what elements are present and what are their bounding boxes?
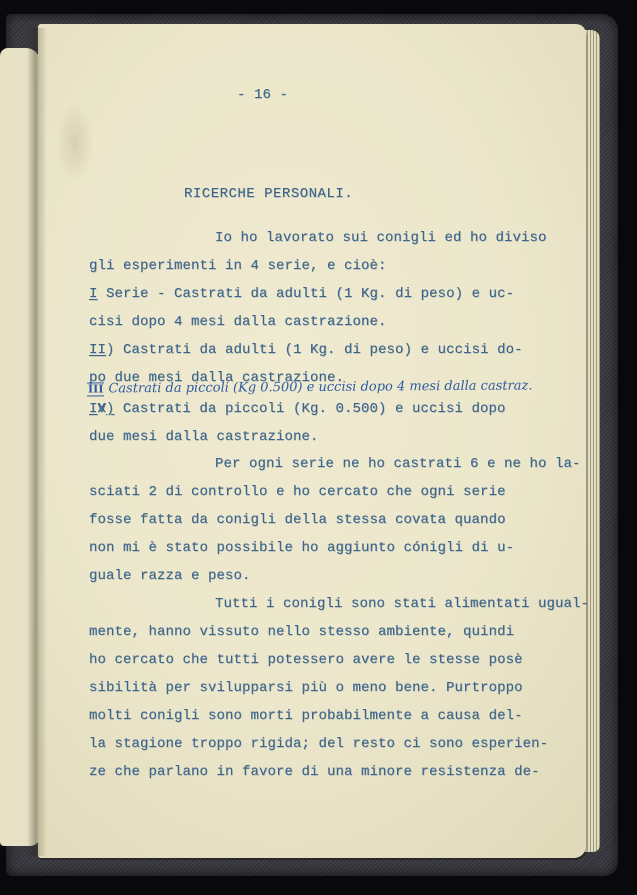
para3-line-6: la stagione troppo rigida; del resto ci … <box>89 737 548 752</box>
series1-text: Serie - Castrati da adulti (1 Kg. di pes… <box>98 286 515 302</box>
para2-line-2: sciati 2 di controllo e ho cercato che o… <box>89 485 506 500</box>
handwritten-text: Castrati da piccoli (Kg 0.500) e uccisi … <box>108 378 532 396</box>
handwritten-series-marker: III <box>87 382 105 396</box>
series4-marker: IXV) <box>89 401 114 417</box>
series4-line-1: IXV) Castrati da piccoli (Kg. 0.500) e u… <box>89 402 505 417</box>
para2-line-1: Per ogni serie ne ho castrati 6 e ne ho … <box>215 457 581 472</box>
para3-line-1: Tutti i conigli sono stati alimentati ug… <box>215 597 589 612</box>
series1-marker: I <box>89 286 98 302</box>
series1-line-2: cisi dopo 4 mesi dalla castrazione. <box>89 315 387 330</box>
overstrike-characters: XV <box>98 402 106 417</box>
para2-line-4: non mi è stato possibile ho aggiunto cón… <box>89 541 514 556</box>
para3-line-2: mente, hanno vissuto nello stesso ambien… <box>89 625 514 640</box>
series4-marker-prefix: I <box>89 401 98 417</box>
typed-text-layer: - 16 - RICERCHE PERSONALI. Io ho lavorat… <box>0 0 637 895</box>
para3-line-4: sibilità per svilupparsi più o meno bene… <box>89 681 523 696</box>
overstrike-over: V <box>98 402 107 417</box>
para3-line-3: ho cercato che tutti potessero avere le … <box>89 653 523 668</box>
para2-line-3: fosse fatta da conigli della stessa cova… <box>89 513 506 528</box>
para3-line-5: molti conigli sono morti probabilmente a… <box>89 709 523 724</box>
section-heading: RICERCHE PERSONALI. <box>184 187 353 202</box>
page-number: - 16 - <box>237 88 288 103</box>
intro-line-2: gli esperimenti in 4 serie, e cioè: <box>89 259 387 274</box>
handwritten-annotation: IIICastrati da piccoli (Kg 0.500) e ucci… <box>87 379 533 396</box>
series2-line-1: II) Castrati da adulti (1 Kg. di peso) e… <box>89 343 523 358</box>
series2-text: ) Castrati da adulti (1 Kg. di peso) e u… <box>106 342 523 358</box>
series2-marker: II <box>89 342 106 358</box>
book-scan: - 16 - RICERCHE PERSONALI. Io ho lavorat… <box>0 0 637 895</box>
series4-text: Castrati da piccoli (Kg. 0.500) e uccisi… <box>114 401 505 417</box>
series4-line-2: due mesi dalla castrazione. <box>89 430 319 445</box>
intro-line-1: Io ho lavorato sui conigli ed ho diviso <box>215 231 547 246</box>
para3-line-7: ze che parlano in favore di una minore r… <box>89 765 540 780</box>
para2-line-5: guale razza e peso. <box>89 569 251 584</box>
series1-line-1: I Serie - Castrati da adulti (1 Kg. di p… <box>89 287 514 302</box>
